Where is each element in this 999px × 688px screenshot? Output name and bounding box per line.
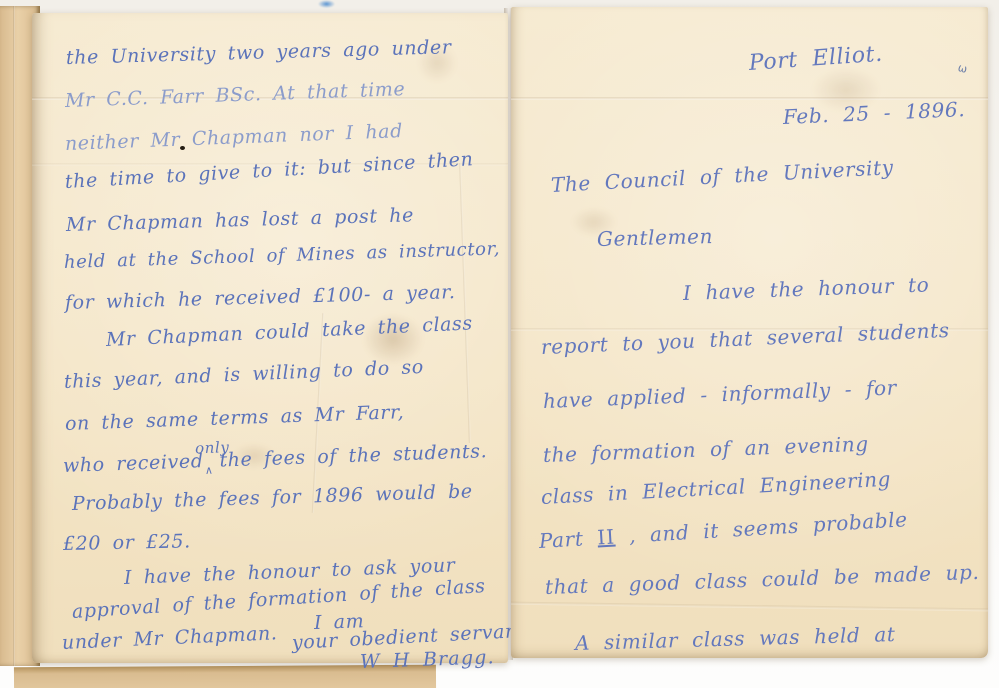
handwritten-line: have applied - informally - for — [543, 377, 898, 411]
handwritten-line: neither Mr Chapman nor I had — [65, 122, 404, 154]
handwritten-line: class in Electrical Engineering — [540, 469, 891, 507]
handwritten-line: the formation of an evening — [543, 434, 869, 465]
letter-address: The Council of the University — [550, 157, 894, 195]
handwritten-line: I have the honour to — [683, 274, 930, 303]
paper-crease — [13, 6, 15, 666]
handwritten-line-with-insertion: who receivedonly∧the fees of the student… — [63, 442, 488, 476]
handwritten-line: the University two years ago under — [66, 38, 452, 68]
blue-ink-speck — [318, 0, 335, 8]
ink-speck — [180, 146, 185, 150]
letter-salutation: Gentlemen — [597, 226, 714, 249]
handwritten-line: the time to give to it: but since then — [64, 150, 473, 192]
signature: W H Bragg. — [360, 648, 496, 672]
letter-date: Feb. 25 - 1896. — [783, 99, 966, 127]
handwritten-line: for which he received £100- a year. — [65, 283, 456, 313]
handwritten-line: that a good class could be made up. — [545, 562, 980, 597]
handwritten-line: report to you that several students — [541, 320, 950, 357]
letter-page-right: Port Elliot. Feb. 25 - 1896. The Council… — [511, 7, 988, 658]
line-segment: who received — [63, 450, 204, 477]
scanned-letter-canvas: the University two years ago under Mr C.… — [0, 0, 999, 688]
inserted-word: only∧ — [203, 457, 219, 468]
handwritten-line: A similar class was held at — [575, 624, 896, 653]
line-segment: , and it seems probable — [614, 507, 908, 548]
handwritten-line: this year, and is willing to do so — [64, 358, 425, 392]
fold-line — [511, 602, 988, 612]
paper-crease — [459, 163, 471, 443]
handwritten-line: held at the School of Mines as instructo… — [64, 240, 501, 272]
handwritten-line: Probably the fees for 1896 would be — [72, 482, 473, 514]
caret-mark: ∧ — [205, 465, 214, 476]
handwritten-line: £20 or £25. — [63, 532, 191, 554]
roman-numeral-underlined: II — [597, 524, 616, 549]
handwritten-line: Mr Chapman has lost a post he — [66, 206, 414, 235]
handwritten-line: Mr C.C. Farr BSc. At that time — [65, 80, 406, 111]
letter-page-left: the University two years ago under Mr C.… — [32, 13, 508, 663]
handwritten-line-part-ii: Part II , and it seems probable — [538, 509, 908, 551]
line-segment: Part — [538, 526, 584, 553]
handwritten-line: on the same terms as Mr Farr, — [65, 403, 405, 434]
inserted-word-text: only — [195, 440, 230, 456]
handwritten-line: under Mr Chapman. — [62, 624, 278, 653]
